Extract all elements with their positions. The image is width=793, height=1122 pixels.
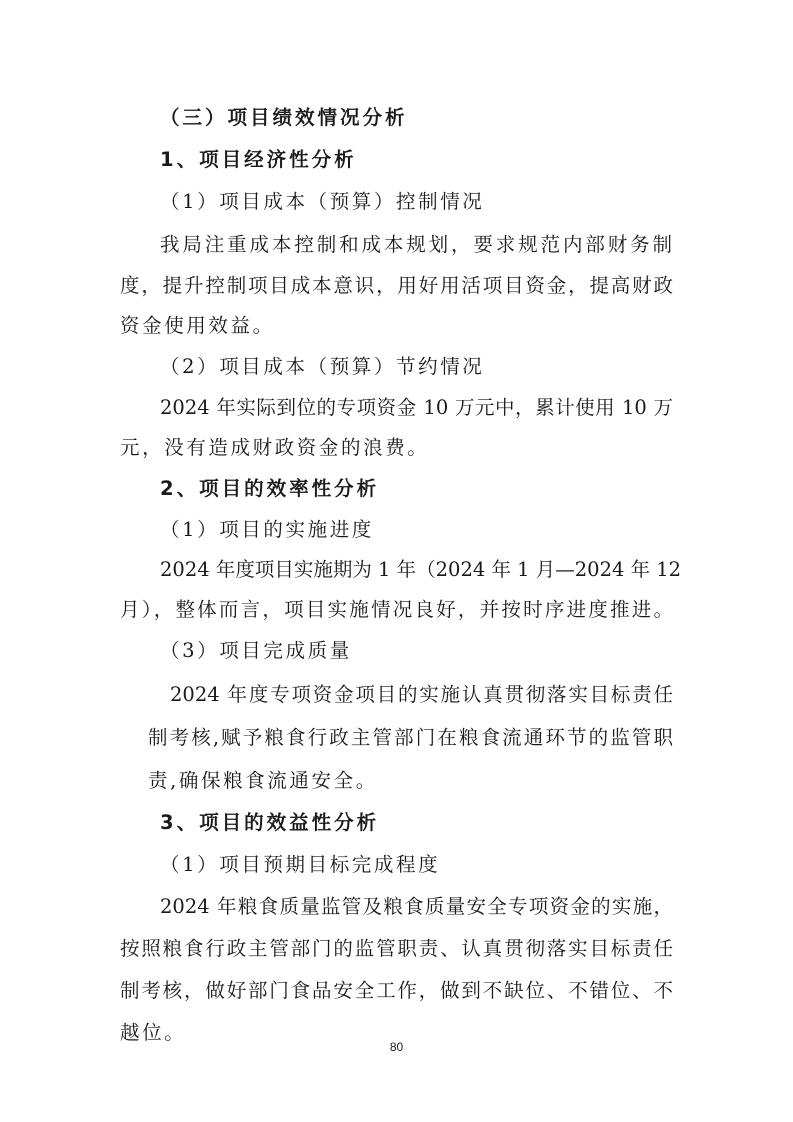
paragraph-line: 我局注重成本控制和成本规划，要求规范内部财务制 <box>120 233 672 257</box>
page-number: 80 <box>0 1040 793 1054</box>
paragraph-line: 度，提升控制项目成本意识，用好用活项目资金，提高财政 <box>120 274 673 298</box>
paragraph-line: 2024 年度专项资金项目的实施认真贯彻落实目标责任 <box>170 683 673 707</box>
paragraph-line: 月），整体而言，项目实施情况良好，并按时序进度推进。 <box>120 598 673 622</box>
paragraph-line: 2024 年实际到位的专项资金 10 万元中，累计使用 10 万 <box>160 396 673 420</box>
paragraph-line: 2024 年度项目实施期为 1 年（2024 年 1 月—2024 年 12 <box>160 558 673 582</box>
item-title-cost-control: （1）项目成本（预算）控制情况 <box>160 190 484 214</box>
subsection-heading-efficiency: 2、项目的效率性分析 <box>160 477 379 501</box>
subsection-heading-benefit: 3、项目的效益性分析 <box>160 811 379 835</box>
paragraph-line: 责,确保粮食流通安全。 <box>148 769 378 793</box>
document-page: （三）项目绩效情况分析 1、项目经济性分析 （1）项目成本（预算）控制情况 我局… <box>0 0 793 1122</box>
item-title-quality: （3）项目完成质量 <box>160 639 352 663</box>
item-title-goal-completion: （1）项目预期目标完成程度 <box>160 853 440 877</box>
paragraph-line: 按照粮食行政主管部门的监管职责、认真贯彻落实目标责任 <box>120 937 673 961</box>
paragraph-line: 元，没有造成财政资金的浪费。 <box>120 436 429 460</box>
paragraph-line: 2024 年粮食质量监管及粮食质量安全专项资金的实施， <box>160 895 673 919</box>
subsection-heading-economy: 1、项目经济性分析 <box>160 148 357 172</box>
paragraph-line: 资金使用效益。 <box>120 314 275 338</box>
paragraph-line: 制考核，做好部门食品安全工作，做到不缺位、不错位、不 <box>120 979 673 1003</box>
item-title-cost-saving: （2）项目成本（预算）节约情况 <box>160 355 484 379</box>
section-heading: （三）项目绩效情况分析 <box>160 106 408 130</box>
paragraph-line: 制考核,赋予粮食行政主管部门在粮食流通环节的监管职 <box>148 726 673 750</box>
item-title-progress: （1）项目的实施进度 <box>160 518 374 542</box>
